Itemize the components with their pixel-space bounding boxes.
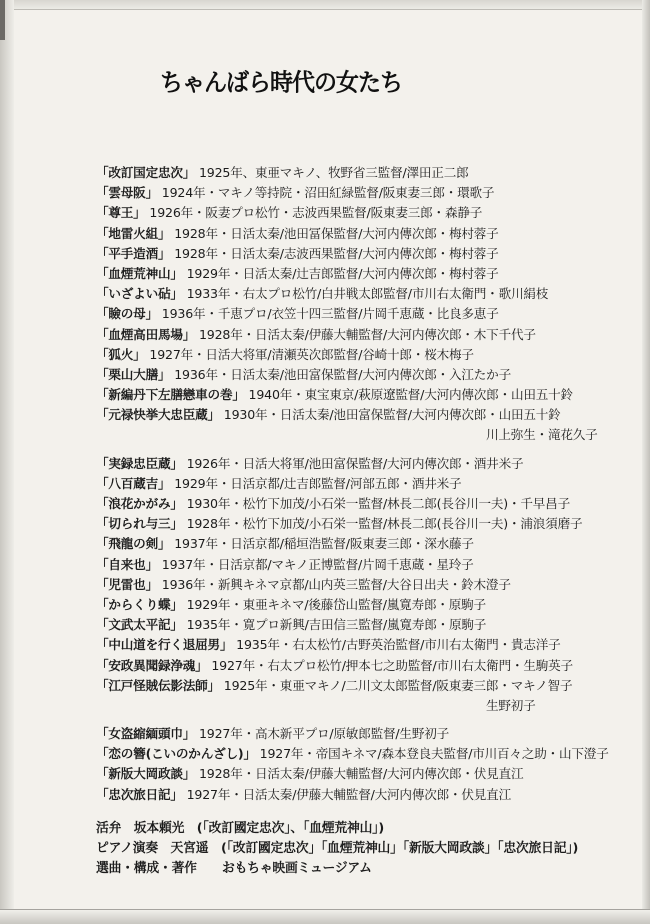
film-details: 1935年・寛プロ新興/吉田信三監督/嵐寛寿郎・原駒子 [187, 617, 487, 632]
film-entry: 「雲母阪」 1924年・マキノ等持院・沼田紅緑監督/阪東妻三郎・環歌子 [96, 183, 616, 203]
film-title: 「実録忠臣蔵」 [96, 456, 183, 471]
section-gap [96, 716, 616, 724]
film-list: 「改訂国定忠次」 1925年、東亜マキノ、牧野省三監督/澤田正二郎「雲母阪」 1… [96, 163, 616, 805]
film-title: 「浪花かがみ」 [96, 496, 183, 511]
film-title: 「雲母阪」 [96, 185, 158, 200]
film-entry: 「地雷火組」 1928年・日活太秦/池田冨保監督/大河内傳次郎・梅村蓉子 [96, 224, 616, 244]
film-title: 「安政異聞録浄魂」 [96, 658, 208, 673]
film-entry: 「安政異聞録浄魂」 1927年・右太プロ松竹/押本七之助監督/市川右太衛門・生駒… [96, 656, 616, 676]
film-title: 「自来也」 [96, 557, 158, 572]
film-entry: 「狐火」 1927年・日活大将軍/清瀬英次郎監督/谷崎十郎・桜木梅子 [96, 345, 616, 365]
film-details: 1924年・マキノ等持院・沼田紅緑監督/阪東妻三郎・環歌子 [162, 185, 495, 200]
film-title: 「尊王」 [96, 205, 146, 220]
film-title: 「飛龍の剣」 [96, 536, 170, 551]
film-entry: 「血煙荒神山」 1929年・日活太秦/辻吉郎監督/大河内傳次郎・梅村蓉子 [96, 264, 616, 284]
film-entry: 「自来也」 1937年・日活京都/マキノ正博監督/片岡千恵蔵・星玲子 [96, 555, 616, 575]
scan-edge-right [642, 0, 650, 924]
scan-edge-top [0, 0, 650, 10]
film-title: 「元禄快挙大忠臣蔵」 [96, 407, 220, 422]
film-title: 「中山道を行く退屈男」 [96, 637, 232, 652]
film-details: 1929年・日活太秦/辻吉郎監督/大河内傳次郎・梅村蓉子 [187, 266, 499, 281]
document-title: ちゃんばら時代の女たち [160, 63, 402, 98]
film-details: 1936年・千恵プロ/衣笠十四三監督/片岡千恵蔵・比良多恵子 [162, 306, 499, 321]
credits-block: 活弁 坂本頼光 (「改訂國定忠次」、「血煙荒神山」) ピアノ演奏 天宮遥 (「改… [96, 819, 578, 879]
scan-edge-corner [0, 0, 5, 40]
film-details: 1928年・日活太秦/伊藤大輔監督/大河内傳次郎・伏見直江 [199, 766, 523, 781]
film-entry: 「改訂国定忠次」 1925年、東亜マキノ、牧野省三監督/澤田正二郎 [96, 163, 616, 183]
film-entry: 「栗山大膳」 1936年・日活太秦/池田富保監督/大河内傳次郎・入江たか子 [96, 365, 616, 385]
film-entry: 「新編丹下左膳戀車の巻」 1940年・東宝東京/萩原遼監督/大河内傳次郎・山田五… [96, 385, 616, 405]
film-entry: 「尊王」 1926年・阪妻プロ松竹・志波西果監督/阪東妻三郎・森静子 [96, 203, 616, 223]
film-entry: 「新版大岡政談」 1928年・日活太秦/伊藤大輔監督/大河内傳次郎・伏見直江 [96, 764, 616, 784]
film-entry: 「血煙高田馬場」 1928年・日活太秦/伊藤大輔監督/大河内傳次郎・木下千代子 [96, 325, 616, 345]
film-details: 1937年・日活京都/マキノ正博監督/片岡千恵蔵・星玲子 [162, 557, 474, 572]
film-title: 「瞼の母」 [96, 306, 158, 321]
scan-edge-left [0, 0, 14, 924]
credit-production: 選曲・構成・著作 おもちゃ映画ミュージアム [96, 859, 578, 879]
scan-edge-bottom [0, 909, 650, 924]
film-details: 1927年・右太プロ松竹/押本七之助監督/市川右太衛門・生駒英子 [211, 658, 573, 673]
film-details: 1928年・日活太秦/志波西果監督/大河内傳次郎・梅村蓉子 [174, 246, 498, 261]
film-details: 1933年・右太プロ松竹/白井戦太郎監督/市川右太衛門・歌川絹枝 [187, 286, 549, 301]
film-title: 「血煙高田馬場」 [96, 327, 195, 342]
film-entry: 「文武太平記」 1935年・寛プロ新興/吉田信三監督/嵐寛寿郎・原駒子 [96, 615, 616, 635]
film-title: 「いざよい砧」 [96, 286, 183, 301]
film-title: 「狐火」 [96, 347, 146, 362]
film-title: 「忠次旅日記」 [96, 787, 183, 802]
film-details: 1927年・高木新平プロ/原敏郎監督/生野初子 [199, 726, 449, 741]
film-cast-continuation: 川上弥生・滝花久子 [96, 425, 616, 445]
film-entry: 「飛龍の剣」 1937年・日活京都/稲垣浩監督/阪東妻三郎・深水藤子 [96, 534, 616, 554]
film-entry: 「中山道を行く退屈男」 1935年・右太松竹/古野英治監督/市川右太衛門・貴志洋… [96, 635, 616, 655]
film-title: 「女盗縮緬頭巾」 [96, 726, 195, 741]
film-details: 1928年・日活太秦/池田冨保監督/大河内傳次郎・梅村蓉子 [174, 226, 498, 241]
film-entry: 「浪花かがみ」 1930年・松竹下加茂/小石栄一監督/林長二郎(長谷川一夫)・千… [96, 494, 616, 514]
film-details: 1937年・日活京都/稲垣浩監督/阪東妻三郎・深水藤子 [174, 536, 474, 551]
film-title: 「江戸怪賊伝影法師」 [96, 678, 220, 693]
film-title: 「平手造酒」 [96, 246, 170, 261]
film-title: 「切られ与三」 [96, 516, 183, 531]
film-details: 1936年・新興キネマ京都/山内英三監督/大谷日出夫・鈴木澄子 [162, 577, 511, 592]
film-details: 1940年・東宝東京/萩原遼監督/大河内傳次郎・山田五十鈴 [249, 387, 573, 402]
film-details: 1930年・松竹下加茂/小石栄一監督/林長二郎(長谷川一夫)・千早昌子 [187, 496, 570, 511]
film-details: 1929年・東亜キネマ/後藤岱山監督/嵐寛寿郎・原駒子 [187, 597, 486, 612]
film-title: 「八百蔵吉」 [96, 476, 170, 491]
film-entry: 「からくり蝶」 1929年・東亜キネマ/後藤岱山監督/嵐寛寿郎・原駒子 [96, 595, 616, 615]
film-title: 「新版大岡政談」 [96, 766, 195, 781]
credit-piano: ピアノ演奏 天宮遥 (「改訂國定忠次」「血煙荒神山」「新版大岡政談」「忠次旅日記… [96, 839, 578, 859]
film-entry: 「八百蔵吉」 1929年・日活京都/辻吉郎監督/河部五郎・酒井米子 [96, 474, 616, 494]
film-details: 1929年・日活京都/辻吉郎監督/河部五郎・酒井米子 [174, 476, 461, 491]
film-details: 1927年・日活大将軍/清瀬英次郎監督/谷崎十郎・桜木梅子 [149, 347, 473, 362]
film-details: 1927年・日活太秦/伊藤大輔監督/大河内傳次郎・伏見直江 [187, 787, 511, 802]
film-details: 1935年・右太松竹/古野英治監督/市川右太衛門・貴志洋子 [236, 637, 560, 652]
film-details: 1926年・日活大将軍/池田富保監督/大河内傳次郎・酒井米子 [187, 456, 524, 471]
film-title: 「からくり蝶」 [96, 597, 183, 612]
film-details: 1925年、東亜マキノ、牧野省三監督/澤田正二郎 [199, 165, 469, 180]
film-entry: 「平手造酒」 1928年・日活太秦/志波西果監督/大河内傳次郎・梅村蓉子 [96, 244, 616, 264]
film-entry: 「元禄快挙大忠臣蔵」 1930年・日活太秦/池田富保監督/大河内傳次郎・山田五十… [96, 405, 616, 425]
film-cast-continuation: 生野初子 [96, 696, 616, 716]
film-details: 1926年・阪妻プロ松竹・志波西果監督/阪東妻三郎・森静子 [149, 205, 482, 220]
film-entry: 「瞼の母」 1936年・千恵プロ/衣笠十四三監督/片岡千恵蔵・比良多恵子 [96, 304, 616, 324]
film-details: 1927年・帝国キネマ/森本登良夫監督/市川百々之助・山下澄子 [260, 746, 609, 761]
film-entry: 「江戸怪賊伝影法師」 1925年・東亜マキノ/二川文太郎監督/阪東妻三郎・マキノ… [96, 676, 616, 696]
film-title: 「栗山大膳」 [96, 367, 170, 382]
film-details: 1936年・日活太秦/池田富保監督/大河内傳次郎・入江たか子 [174, 367, 511, 382]
film-details: 1928年・日活太秦/伊藤大輔監督/大河内傳次郎・木下千代子 [199, 327, 536, 342]
film-entry: 「いざよい砧」 1933年・右太プロ松竹/白井戦太郎監督/市川右太衛門・歌川絹枝 [96, 284, 616, 304]
film-entry: 「恋の簪(こいのかんざし)」 1927年・帝国キネマ/森本登良夫監督/市川百々之… [96, 744, 616, 764]
film-entry: 「女盗縮緬頭巾」 1927年・高木新平プロ/原敏郎監督/生野初子 [96, 724, 616, 744]
film-title: 「児雷也」 [96, 577, 158, 592]
film-title: 「地雷火組」 [96, 226, 170, 241]
film-details: 1930年・日活太秦/池田富保監督/大河内傳次郎・山田五十鈴 [224, 407, 561, 422]
film-title: 「恋の簪(こいのかんざし)」 [96, 746, 256, 761]
film-details: 1928年・松竹下加茂/小石栄一監督/林長二郎(長谷川一夫)・浦浪須磨子 [187, 516, 583, 531]
credit-narrator: 活弁 坂本頼光 (「改訂國定忠次」、「血煙荒神山」) [96, 819, 578, 839]
film-title: 「血煙荒神山」 [96, 266, 183, 281]
film-entry: 「児雷也」 1936年・新興キネマ京都/山内英三監督/大谷日出夫・鈴木澄子 [96, 575, 616, 595]
film-entry: 「忠次旅日記」 1927年・日活太秦/伊藤大輔監督/大河内傳次郎・伏見直江 [96, 785, 616, 805]
section-gap [96, 446, 616, 454]
film-entry: 「実録忠臣蔵」 1926年・日活大将軍/池田富保監督/大河内傳次郎・酒井米子 [96, 454, 616, 474]
film-title: 「改訂国定忠次」 [96, 165, 195, 180]
film-entry: 「切られ与三」 1928年・松竹下加茂/小石栄一監督/林長二郎(長谷川一夫)・浦… [96, 514, 616, 534]
film-title: 「文武太平記」 [96, 617, 183, 632]
film-title: 「新編丹下左膳戀車の巻」 [96, 387, 245, 402]
film-details: 1925年・東亜マキノ/二川文太郎監督/阪東妻三郎・マキノ智子 [224, 678, 573, 693]
